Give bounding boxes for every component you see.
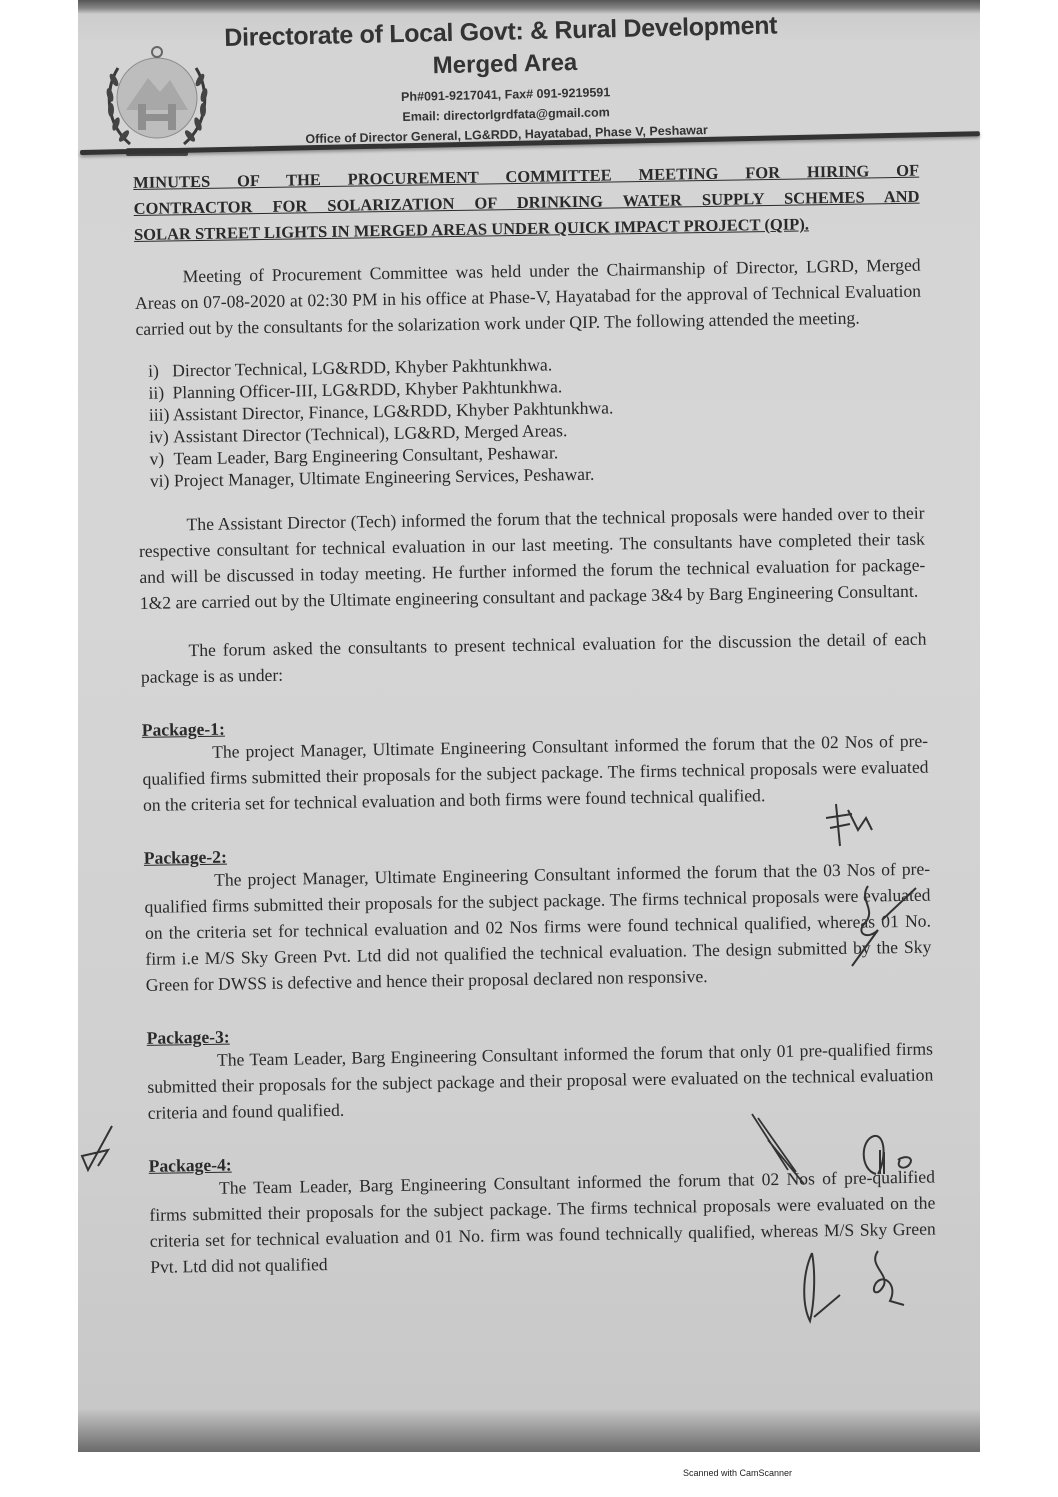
organization-name: Directorate of Local Govt: & Rural Devel… bbox=[224, 8, 924, 53]
government-emblem-icon bbox=[96, 40, 218, 162]
attendees-list: i)Director Technical, LG&RDD, Khyber Pak… bbox=[148, 348, 924, 492]
scanned-page: Directorate of Local Govt: & Rural Devel… bbox=[78, 0, 980, 1452]
package-section: Package-1: The project Manager, Ultimate… bbox=[142, 708, 929, 818]
document-body: MINUTES OF THE PROCUREMENT COMMITTEE MEE… bbox=[133, 158, 936, 1280]
assistant-director-paragraph: The Assistant Director (Tech) informed t… bbox=[138, 500, 926, 616]
package-text: The Team Leader, Barg Engineering Consul… bbox=[147, 1036, 934, 1126]
package-text: The project Manager, Ultimate Engineerin… bbox=[144, 856, 932, 998]
package-section: Package-4: The Team Leader, Barg Enginee… bbox=[148, 1144, 936, 1280]
scanner-watermark: Scanned with CamScanner bbox=[683, 1468, 792, 1478]
checkmark-annotation-icon bbox=[78, 1120, 118, 1180]
package-text: The Team Leader, Barg Engineering Consul… bbox=[149, 1164, 937, 1280]
package-section: Package-2: The project Manager, Ultimate… bbox=[144, 836, 932, 998]
letterhead: Directorate of Local Govt: & Rural Devel… bbox=[224, 8, 927, 151]
package-section: Package-3: The Team Leader, Barg Enginee… bbox=[146, 1016, 933, 1126]
package-text: The project Manager, Ultimate Engineerin… bbox=[142, 728, 929, 818]
intro-paragraph: Meeting of Procurement Committee was hel… bbox=[134, 252, 921, 342]
document-title: MINUTES OF THE PROCUREMENT COMMITTEE MEE… bbox=[133, 158, 920, 248]
